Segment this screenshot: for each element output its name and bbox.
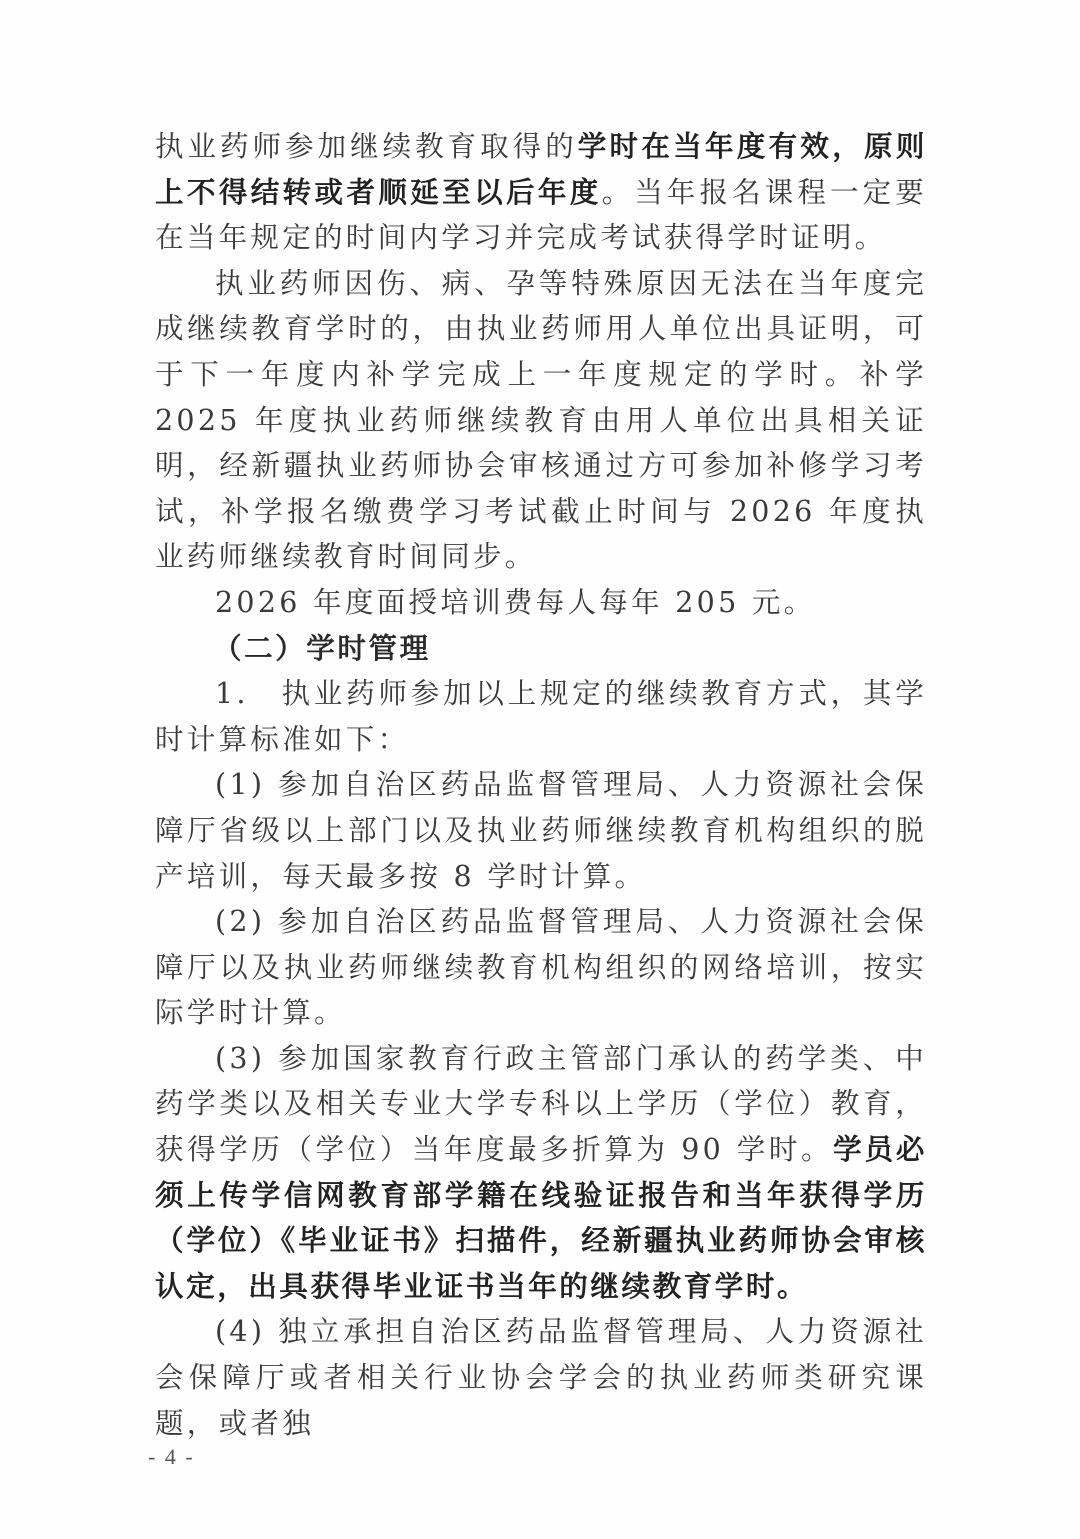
list-item-2-online-training: (2) 参加自治区药品监督管理局、人力资源社会保障厅以及执业药师继续教育机构组织…	[155, 899, 927, 1036]
list-item-4-research-project: (4) 独立承担自治区药品监督管理局、人力资源社会保障厅或者相关行业协会学会的执…	[155, 1309, 927, 1446]
document-page: 执业药师参加继续教育取得的学时在当年度有效，原则上不得结转或者顺延至以后年度。当…	[0, 0, 1080, 1539]
text-segment: (3) 参加国家教育行政主管部门承认的药学类、中药学类以及相关专业大学专科以上学…	[155, 1042, 927, 1166]
paragraph-calculation-standard: 1. 执业药师参加以上规定的继续教育方式，其学时计算标准如下：	[155, 671, 927, 762]
paragraph-credit-validity: 执业药师参加继续教育取得的学时在当年度有效，原则上不得结转或者顺延至以后年度。当…	[155, 124, 927, 261]
page-number: - 4 -	[148, 1444, 195, 1470]
document-body: 执业药师参加继续教育取得的学时在当年度有效，原则上不得结转或者顺延至以后年度。当…	[155, 124, 927, 1446]
paragraph-training-fee: 2026 年度面授培训费每人每年 205 元。	[155, 580, 927, 626]
text-segment: 执业药师参加继续教育取得的	[155, 130, 578, 163]
list-item-1-offline-training: (1) 参加自治区药品监督管理局、人力资源社会保障厅省级以上部门以及执业药师继续…	[155, 762, 927, 899]
paragraph-makeup-credits: 执业药师因伤、病、孕等特殊原因无法在当年度完成继续教育学时的，由执业药师用人单位…	[155, 261, 927, 580]
section-heading-credit-management: （二）学时管理	[155, 626, 927, 672]
list-item-3-degree-education: (3) 参加国家教育行政主管部门承认的药学类、中药学类以及相关专业大学专科以上学…	[155, 1036, 927, 1310]
